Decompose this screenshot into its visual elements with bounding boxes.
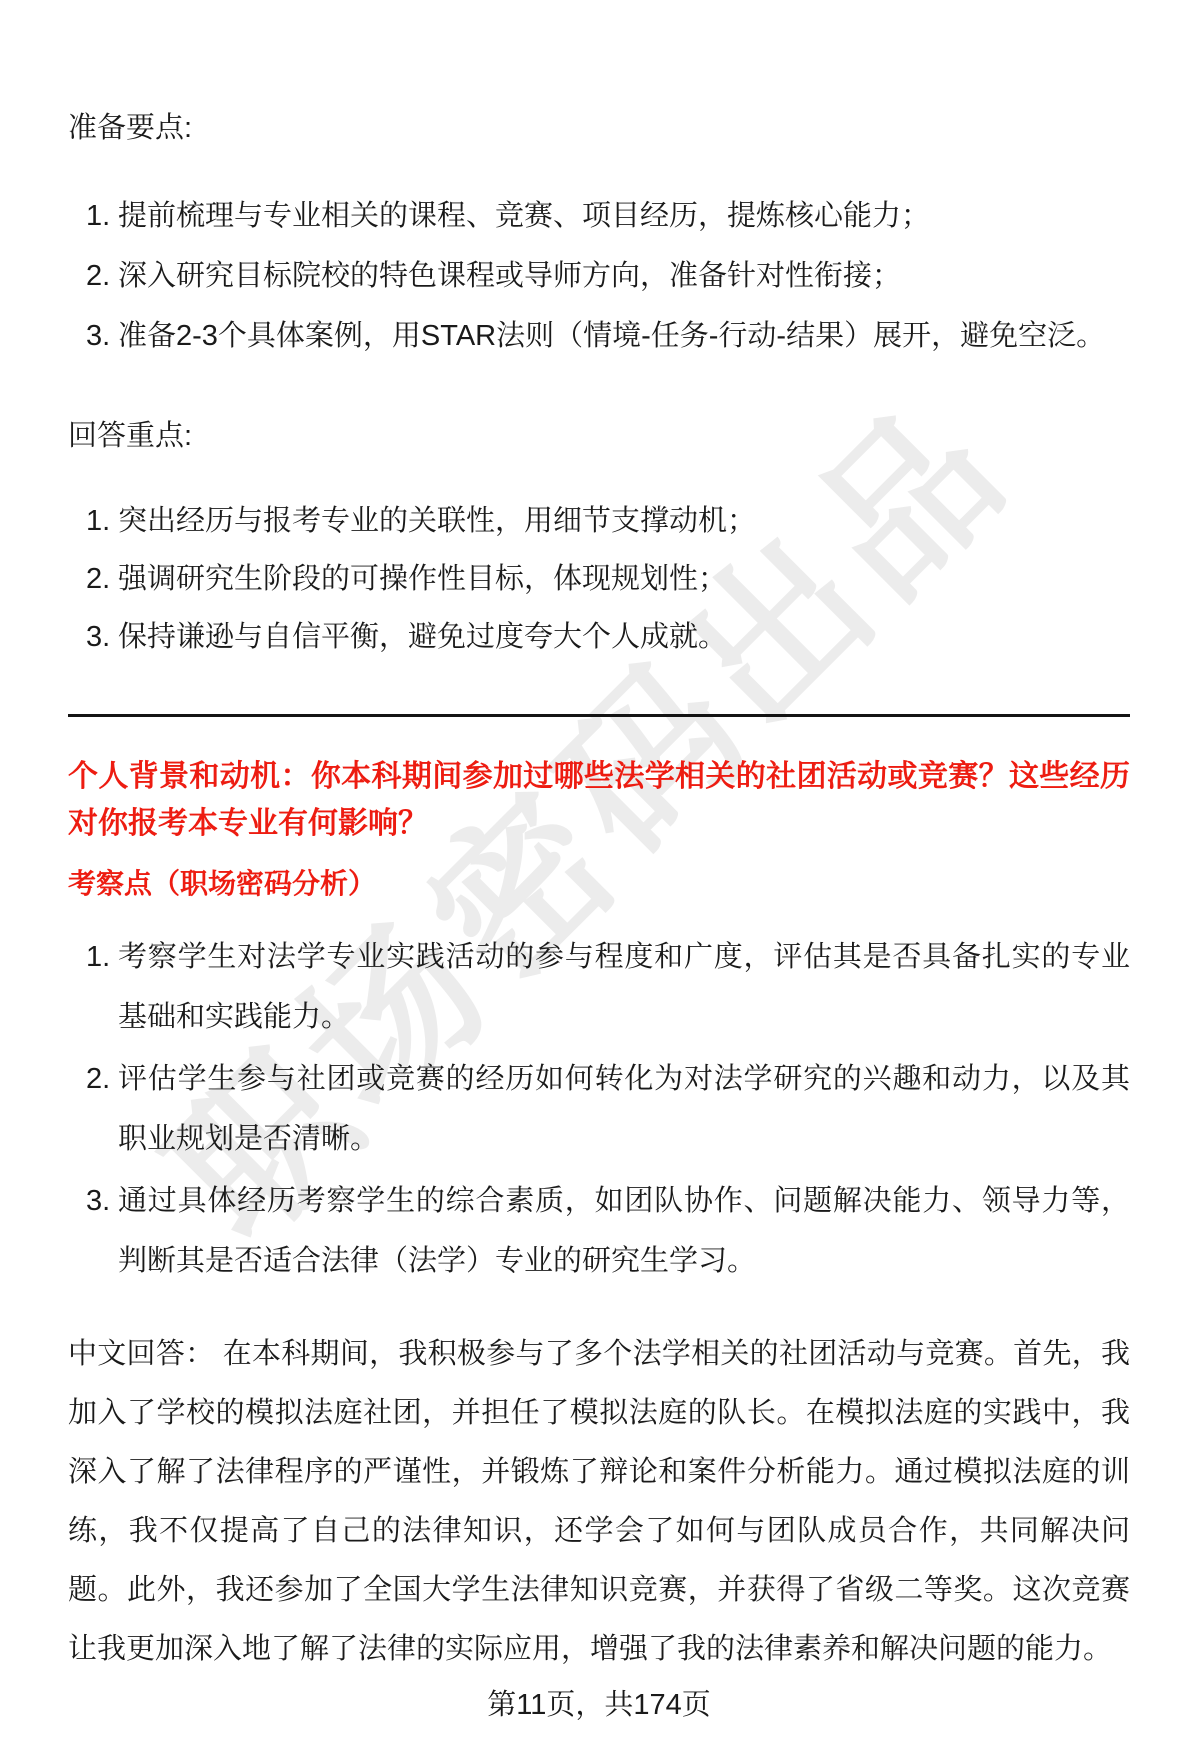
list-item: 1. 考察学生对法学专业实践活动的参与程度和广度，评估其是否具备扎实的专业基础和… (68, 927, 1130, 1047)
list-item-number: 2. (86, 246, 118, 306)
list-item-number: 1. (86, 492, 118, 550)
answer-focus-list: 1. 突出经历与报考专业的关联性，用细节支撑动机； 2. 强调研究生阶段的可操作… (68, 492, 1130, 666)
list-item-number: 3. (86, 1171, 118, 1291)
question-heading: 个人背景和动机：你本科期间参加过哪些法学相关的社团活动或竞赛？这些经历对你报考本… (68, 753, 1130, 847)
list-item-number: 3. (86, 306, 118, 366)
list-item: 2. 深入研究目标院校的特色课程或导师方向，准备针对性衔接； (68, 246, 1130, 306)
list-item-text: 评估学生参与社团或竞赛的经历如何转化为对法学研究的兴趣和动力，以及其职业规划是否… (118, 1049, 1130, 1169)
chinese-answer-paragraph: 中文回答： 在本科期间，我积极参与了多个法学相关的社团活动与竞赛。首先，我加入了… (68, 1325, 1130, 1679)
list-item-text: 通过具体经历考察学生的综合素质，如团队协作、问题解决能力、领导力等，判断其是否适… (118, 1171, 1130, 1291)
analysis-heading: 考察点（职场密码分析） (68, 865, 1130, 903)
section-divider (68, 714, 1130, 717)
document-page: { "page": { "watermark": "职场密码出品", "foot… (0, 0, 1200, 1755)
list-item-number: 1. (86, 927, 118, 1047)
analysis-list: 1. 考察学生对法学专业实践活动的参与程度和广度，评估其是否具备扎实的专业基础和… (68, 927, 1130, 1291)
prep-points-heading: 准备要点: (68, 110, 1130, 146)
list-item: 3. 准备2-3个具体案例，用STAR法则（情境-任务-行动-结果）展开，避免空… (68, 306, 1130, 366)
list-item: 1. 提前梳理与专业相关的课程、竞赛、项目经历，提炼核心能力； (68, 186, 1130, 246)
page-number-footer: 第11页，共174页 (68, 1685, 1130, 1725)
list-item: 3. 保持谦逊与自信平衡，避免过度夸大个人成就。 (68, 608, 1130, 666)
list-item-text: 准备2-3个具体案例，用STAR法则（情境-任务-行动-结果）展开，避免空泛。 (118, 306, 1130, 366)
list-item-text: 提前梳理与专业相关的课程、竞赛、项目经历，提炼核心能力； (118, 186, 1130, 246)
list-item: 2. 评估学生参与社团或竞赛的经历如何转化为对法学研究的兴趣和动力，以及其职业规… (68, 1049, 1130, 1169)
list-item-text: 突出经历与报考专业的关联性，用细节支撑动机； (118, 492, 1130, 550)
list-item-number: 1. (86, 186, 118, 246)
list-item-number: 3. (86, 608, 118, 666)
list-item-text: 保持谦逊与自信平衡，避免过度夸大个人成就。 (118, 608, 1130, 666)
list-item-number: 2. (86, 550, 118, 608)
list-item-text: 深入研究目标院校的特色课程或导师方向，准备针对性衔接； (118, 246, 1130, 306)
list-item: 3. 通过具体经历考察学生的综合素质，如团队协作、问题解决能力、领导力等，判断其… (68, 1171, 1130, 1291)
list-item: 2. 强调研究生阶段的可操作性目标，体现规划性； (68, 550, 1130, 608)
list-item-text: 强调研究生阶段的可操作性目标，体现规划性； (118, 550, 1130, 608)
list-item-number: 2. (86, 1049, 118, 1169)
list-item-text: 考察学生对法学专业实践活动的参与程度和广度，评估其是否具备扎实的专业基础和实践能… (118, 927, 1130, 1047)
list-item: 1. 突出经历与报考专业的关联性，用细节支撑动机； (68, 492, 1130, 550)
page-content: 准备要点: 1. 提前梳理与专业相关的课程、竞赛、项目经历，提炼核心能力； 2.… (0, 0, 1200, 1725)
prep-points-list: 1. 提前梳理与专业相关的课程、竞赛、项目经历，提炼核心能力； 2. 深入研究目… (68, 186, 1130, 366)
answer-focus-heading: 回答重点: (68, 418, 1130, 454)
